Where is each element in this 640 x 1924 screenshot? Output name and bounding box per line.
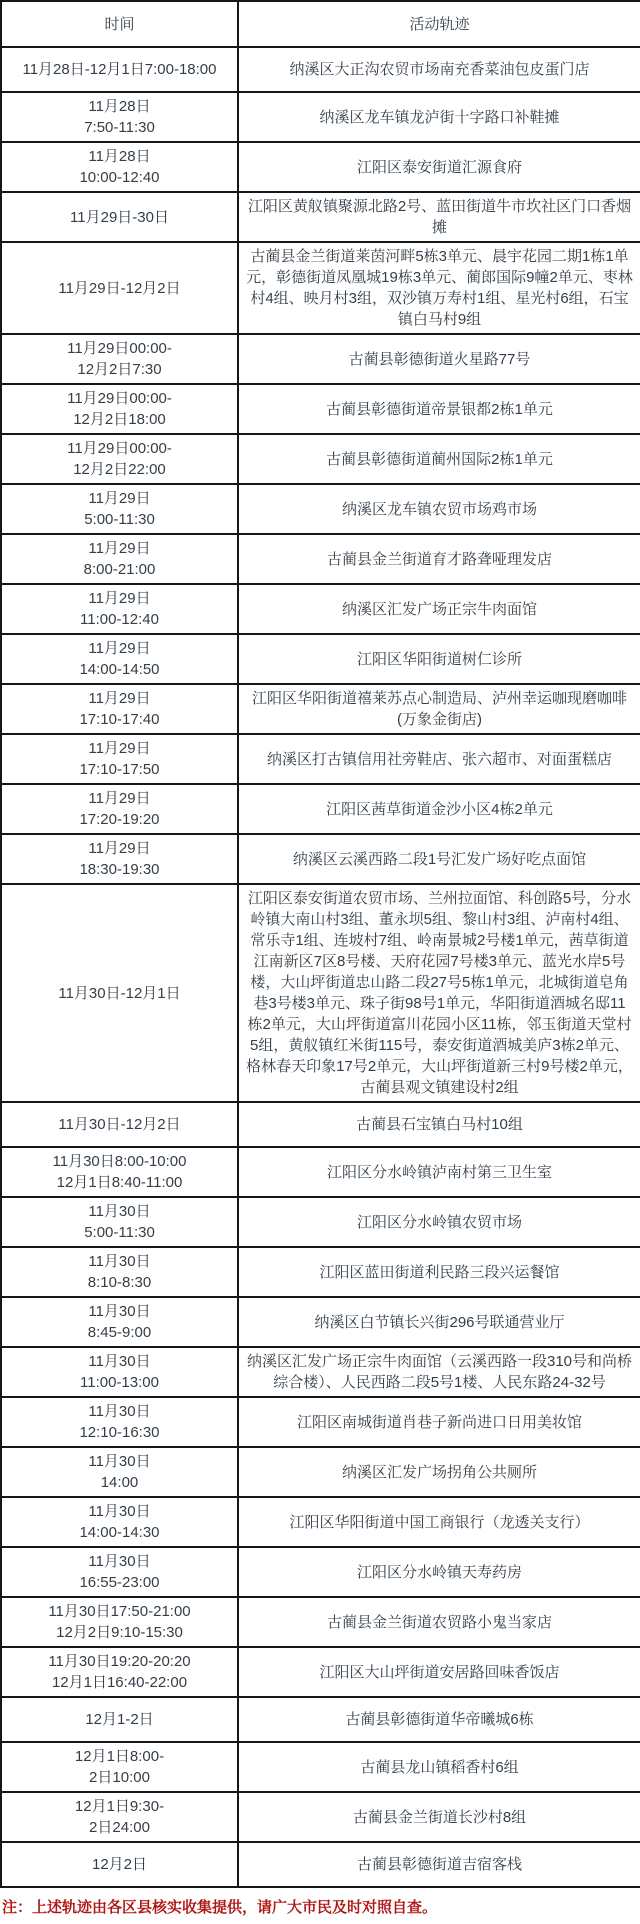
time-cell: 11月29日 17:20-19:20 [1, 784, 238, 834]
track-cell: 江阳区黄舣镇聚源北路2号、蓝田街道牛市坎社区门口香烟摊 [238, 192, 640, 242]
time-cell: 11月28日 7:50-11:30 [1, 92, 238, 142]
time-cell: 11月30日 12:10-16:30 [1, 1397, 238, 1447]
time-cell: 11月30日 16:55-23:00 [1, 1547, 238, 1597]
time-cell: 11月30日8:00-10:00 12月1日8:40-11:00 [1, 1147, 238, 1197]
track-cell: 古蔺县金兰街道育才路聋哑理发店 [238, 534, 640, 584]
time-cell: 11月30日 14:00-14:30 [1, 1497, 238, 1547]
table-row: 11月29日00:00- 12月2日7:30 古蔺县彰德街道火星路77号 [1, 334, 640, 384]
table-row: 11月30日 12:10-16:30 江阳区南城街道肖巷子新尚进口日用美妆馆 [1, 1397, 640, 1447]
table-row: 11月29日 5:00-11:30 纳溪区龙车镇农贸市场鸡市场 [1, 484, 640, 534]
track-cell: 纳溪区龙车镇农贸市场鸡市场 [238, 484, 640, 534]
track-cell: 纳溪区汇发广场正宗牛肉面馆 [238, 584, 640, 634]
track-cell: 江阳区泰安街道汇源食府 [238, 142, 640, 192]
table-row: 11月30日19:20-20:20 12月1日16:40-22:00 江阳区大山… [1, 1647, 640, 1697]
time-cell: 11月29日 17:10-17:40 [1, 684, 238, 734]
track-cell: 古蔺县彰德街道吉宿客栈 [238, 1842, 640, 1887]
table-row: 11月28日 10:00-12:40 江阳区泰安街道汇源食府 [1, 142, 640, 192]
table-row: 11月29日 14:00-14:50 江阳区华阳街道树仁诊所 [1, 634, 640, 684]
track-cell: 纳溪区云溪西路二段1号汇发广场好吃点面馆 [238, 834, 640, 884]
table-row: 11月30日 8:45-9:00 纳溪区白节镇长兴街296号联通营业厅 [1, 1297, 640, 1347]
track-cell: 江阳区分水岭镇天寿药房 [238, 1547, 640, 1597]
activity-track-page: 时间 活动轨迹 11月28日-12月1日7:00-18:00 纳溪区大正沟农贸市… [0, 0, 640, 1924]
time-cell: 11月30日 8:10-8:30 [1, 1247, 238, 1297]
track-column-header: 活动轨迹 [238, 1, 640, 47]
table-row: 12月2日 古蔺县彰德街道吉宿客栈 [1, 1842, 640, 1887]
table-row: 11月29日 17:10-17:40 江阳区华阳街道禧莱苏点心制造局、泸州幸运咖… [1, 684, 640, 734]
table-row: 11月29日 11:00-12:40 纳溪区汇发广场正宗牛肉面馆 [1, 584, 640, 634]
time-cell: 11月29日 18:30-19:30 [1, 834, 238, 884]
track-cell: 纳溪区龙车镇龙泸街十字路口补鞋摊 [238, 92, 640, 142]
time-cell: 11月30日-12月1日 [1, 884, 238, 1102]
time-column-header: 时间 [1, 1, 238, 47]
time-cell: 11月30日 5:00-11:30 [1, 1197, 238, 1247]
table-row: 11月29日 17:10-17:50 纳溪区打古镇信用社旁鞋店、张六超市、对面蛋… [1, 734, 640, 784]
table-row: 11月29日 18:30-19:30 纳溪区云溪西路二段1号汇发广场好吃点面馆 [1, 834, 640, 884]
table-row: 11月29日 8:00-21:00 古蔺县金兰街道育才路聋哑理发店 [1, 534, 640, 584]
table-row: 11月29日-30日 江阳区黄舣镇聚源北路2号、蓝田街道牛市坎社区门口香烟摊 [1, 192, 640, 242]
time-cell: 11月30日17:50-21:00 12月2日9:10-15:30 [1, 1597, 238, 1647]
time-cell: 12月1日8:00- 2日10:00 [1, 1742, 238, 1792]
track-cell: 江阳区大山坪街道安居路回味香饭店 [238, 1647, 640, 1697]
table-row: 11月30日 8:10-8:30 江阳区蓝田街道利民路三段兴运餐馆 [1, 1247, 640, 1297]
time-cell: 11月28日 10:00-12:40 [1, 142, 238, 192]
track-cell: 纳溪区汇发广场正宗牛肉面馆（云溪西路一段310号和尚桥综合楼）、人民西路二段5号… [238, 1347, 640, 1397]
track-cell: 古蔺县彰德街道火星路77号 [238, 334, 640, 384]
time-cell: 11月30日19:20-20:20 12月1日16:40-22:00 [1, 1647, 238, 1697]
table-row: 11月28日 7:50-11:30 纳溪区龙车镇龙泸街十字路口补鞋摊 [1, 92, 640, 142]
table-row: 11月30日 14:00 纳溪区汇发广场拐角公共厕所 [1, 1447, 640, 1497]
table-row: 11月29日00:00- 12月2日22:00 古蔺县彰德街道蔺州国际2栋1单元 [1, 434, 640, 484]
time-cell: 11月29日00:00- 12月2日18:00 [1, 384, 238, 434]
track-cell: 纳溪区汇发广场拐角公共厕所 [238, 1447, 640, 1497]
time-cell: 11月30日 8:45-9:00 [1, 1297, 238, 1347]
time-cell: 11月29日 14:00-14:50 [1, 634, 238, 684]
time-cell: 12月1-2日 [1, 1697, 238, 1742]
table-row: 11月30日-12月2日 古蔺县石宝镇白马村10组 [1, 1102, 640, 1147]
table-row: 11月28日-12月1日7:00-18:00 纳溪区大正沟农贸市场南充香菜油包皮… [1, 47, 640, 92]
table-row: 12月1日8:00- 2日10:00 古蔺县龙山镇稻香村6组 [1, 1742, 640, 1792]
table-row: 12月1-2日 古蔺县彰德街道华帝曦城6栋 [1, 1697, 640, 1742]
track-cell: 江阳区茜草街道金沙小区4栋2单元 [238, 784, 640, 834]
track-cell: 纳溪区大正沟农贸市场南充香菜油包皮蛋门店 [238, 47, 640, 92]
table-row: 11月29日00:00- 12月2日18:00 古蔺县彰德街道帝景银都2栋1单元 [1, 384, 640, 434]
time-cell: 11月28日-12月1日7:00-18:00 [1, 47, 238, 92]
track-cell: 古蔺县金兰街道莱茵河畔5栋3单元、晨宇花园二期1栋1单元，彰德街道凤凰城19栋3… [238, 242, 640, 334]
time-cell: 11月30日 11:00-13:00 [1, 1347, 238, 1397]
track-cell: 江阳区华阳街道禧莱苏点心制造局、泸州幸运咖现磨咖啡(万象金街店) [238, 684, 640, 734]
track-cell: 江阳区分水岭镇农贸市场 [238, 1197, 640, 1247]
track-cell: 古蔺县彰德街道蔺州国际2栋1单元 [238, 434, 640, 484]
track-cell: 江阳区南城街道肖巷子新尚进口日用美妆馆 [238, 1397, 640, 1447]
table-row: 11月30日 11:00-13:00 纳溪区汇发广场正宗牛肉面馆（云溪西路一段3… [1, 1347, 640, 1397]
time-cell: 11月29日00:00- 12月2日7:30 [1, 334, 238, 384]
time-cell: 11月29日 17:10-17:50 [1, 734, 238, 784]
track-cell: 江阳区蓝田街道利民路三段兴运餐馆 [238, 1247, 640, 1297]
time-cell: 12月1日9:30- 2日24:00 [1, 1792, 238, 1842]
table-row: 11月30日 14:00-14:30 江阳区华阳街道中国工商银行（龙透关支行） [1, 1497, 640, 1547]
track-cell: 古蔺县彰德街道帝景银都2栋1单元 [238, 384, 640, 434]
track-cell: 江阳区泰安街道农贸市场、兰州拉面馆、科创路5号，分水岭镇大南山村3组、董永坝5组… [238, 884, 640, 1102]
track-cell: 江阳区华阳街道中国工商银行（龙透关支行） [238, 1497, 640, 1547]
track-cell: 古蔺县金兰街道农贸路小鬼当家店 [238, 1597, 640, 1647]
time-cell: 12月2日 [1, 1842, 238, 1887]
table-row: 11月30日 16:55-23:00 江阳区分水岭镇天寿药房 [1, 1547, 640, 1597]
track-cell: 江阳区分水岭镇泸南村第三卫生室 [238, 1147, 640, 1197]
time-cell: 11月29日 11:00-12:40 [1, 584, 238, 634]
track-cell: 古蔺县彰德街道华帝曦城6栋 [238, 1697, 640, 1742]
track-cell: 古蔺县金兰街道长沙村8组 [238, 1792, 640, 1842]
track-cell: 纳溪区白节镇长兴街296号联通营业厅 [238, 1297, 640, 1347]
table-row: 11月29日-12月2日 古蔺县金兰街道莱茵河畔5栋3单元、晨宇花园二期1栋1单… [1, 242, 640, 334]
table-row: 11月30日17:50-21:00 12月2日9:10-15:30 古蔺县金兰街… [1, 1597, 640, 1647]
activity-table-body: 11月28日-12月1日7:00-18:00 纳溪区大正沟农贸市场南充香菜油包皮… [1, 47, 640, 1887]
time-cell: 11月29日 5:00-11:30 [1, 484, 238, 534]
time-cell: 11月29日-30日 [1, 192, 238, 242]
table-row: 11月30日 5:00-11:30 江阳区分水岭镇农贸市场 [1, 1197, 640, 1247]
table-header-row: 时间 活动轨迹 [1, 1, 640, 47]
table-row: 11月30日8:00-10:00 12月1日8:40-11:00 江阳区分水岭镇… [1, 1147, 640, 1197]
track-cell: 江阳区华阳街道树仁诊所 [238, 634, 640, 684]
track-cell: 纳溪区打古镇信用社旁鞋店、张六超市、对面蛋糕店 [238, 734, 640, 784]
track-cell: 古蔺县龙山镇稻香村6组 [238, 1742, 640, 1792]
table-row: 12月1日9:30- 2日24:00 古蔺县金兰街道长沙村8组 [1, 1792, 640, 1842]
table-row: 11月29日 17:20-19:20 江阳区茜草街道金沙小区4栋2单元 [1, 784, 640, 834]
table-row: 11月30日-12月1日 江阳区泰安街道农贸市场、兰州拉面馆、科创路5号，分水岭… [1, 884, 640, 1102]
time-cell: 11月30日-12月2日 [1, 1102, 238, 1147]
time-cell: 11月29日00:00- 12月2日22:00 [1, 434, 238, 484]
time-cell: 11月29日 8:00-21:00 [1, 534, 238, 584]
time-cell: 11月29日-12月2日 [1, 242, 238, 334]
activity-track-table: 时间 活动轨迹 11月28日-12月1日7:00-18:00 纳溪区大正沟农贸市… [0, 0, 640, 1888]
track-cell: 古蔺县石宝镇白马村10组 [238, 1102, 640, 1147]
time-cell: 11月30日 14:00 [1, 1447, 238, 1497]
footer-note: 注：上述轨迹由各区县核实收集提供，请广大市民及时对照自查。 [0, 1888, 640, 1924]
